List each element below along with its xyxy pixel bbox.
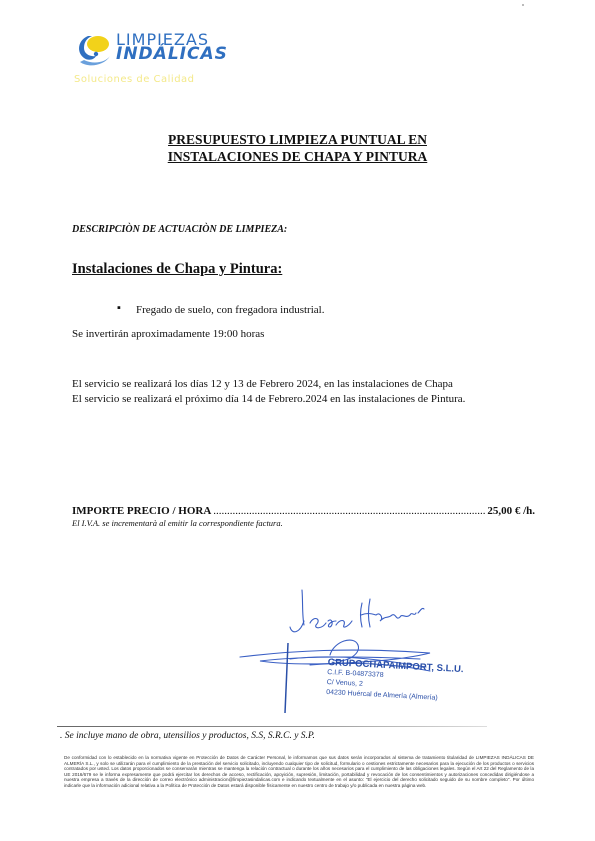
company-name: LIMPIEZAS INDÁLICAS [116,32,228,62]
footer-divider [57,726,487,727]
company-logo-icon [74,32,114,68]
company-stamp: GRUPOCHAPAIMPORT, S.L.U. C.I.F. B-048733… [326,657,464,705]
company-name-line2: INDÁLICAS [116,47,228,62]
iva-note: El I.V.A. se incrementarà al emitir la c… [72,518,283,528]
estimated-hours: Se invertirán aproximadamente 19:00 hora… [72,328,264,340]
scan-speck [522,4,524,6]
company-tagline: Soluciones de Calidad [74,74,195,85]
price-row: IMPORTE PRECIO / HORA ..................… [72,505,535,517]
document-title-line2: INSTALACIONES DE CHAPA Y PINTURA [0,148,595,165]
schedule-line: El servicio se realizará el próximo día … [72,393,465,405]
price-value: 25,00 € /h. [487,505,535,517]
company-logo: LIMPIEZAS INDÁLICAS Soluciones de Calida… [74,30,244,90]
price-leader-dots: ........................................… [213,505,485,517]
document-title: PRESUPUESTO LIMPIEZA PUNTUAL EN INSTALAC… [0,131,595,165]
description-heading: DESCRIPCIÒN DE ACTUACIÒN DE LIMPIEZA: [72,224,287,235]
price-label: IMPORTE PRECIO / HORA [72,505,211,517]
bullet-icon: ▪ [117,302,121,314]
data-protection-notice: De conformidad con lo establecido en la … [64,755,534,789]
document-title-line1: PRESUPUESTO LIMPIEZA PUNTUAL EN [0,131,595,148]
included-note: . Se incluye mano de obra, utensilios y … [60,731,315,741]
schedule-line: El servicio se realizará los días 12 y 1… [72,378,453,390]
task-item: Fregado de suelo, con fregadora industri… [136,304,324,316]
section-heading: Instalaciones de Chapa y Pintura: [72,261,282,278]
